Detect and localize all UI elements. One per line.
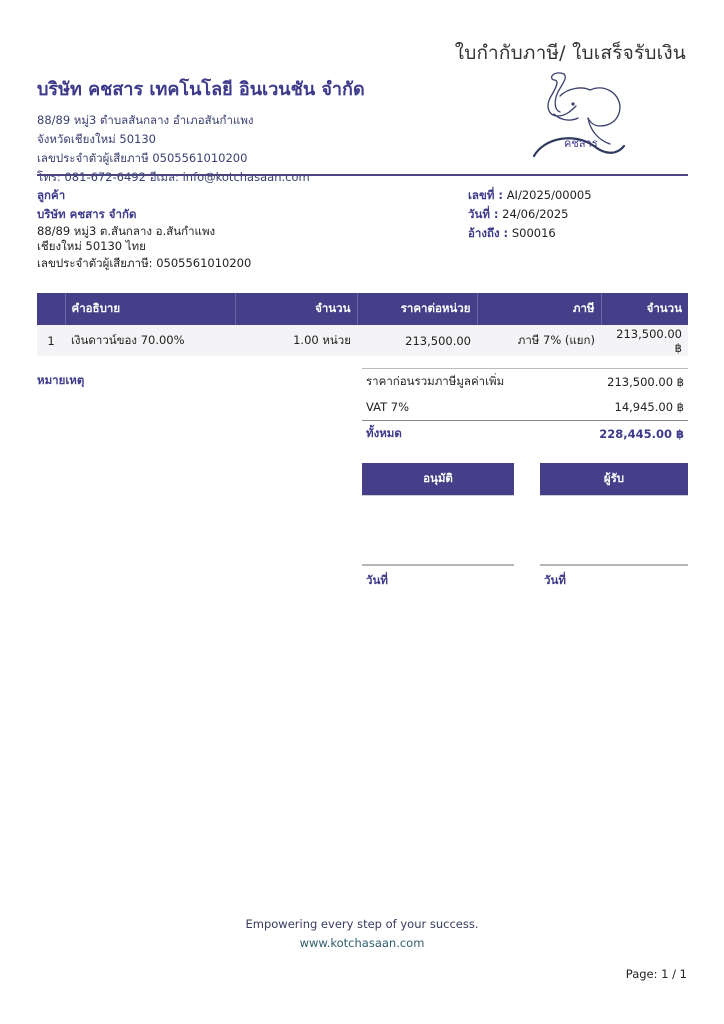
row-unit-price: 213,500.00 xyxy=(357,325,477,356)
row-tax: ภาษี 7% (แยก) xyxy=(477,325,601,356)
approval-signature-area xyxy=(362,495,514,564)
row-description: เงินดาวน์ของ 70.00% xyxy=(65,325,235,356)
company-name: บริษัท คชสาร เทคโนโลยี อินเวนชัน จำกัด xyxy=(37,74,497,103)
company-info: บริษัท คชสาร เทคโนโลยี อินเวนชัน จำกัด 8… xyxy=(37,74,497,187)
grand-total-value: 228,445.00 ฿ xyxy=(599,427,684,441)
header-unit-price: ราคาต่อหน่วย xyxy=(357,293,477,325)
grand-total-row: ทั้งหมด 228,445.00 ฿ xyxy=(362,420,688,446)
row-quantity: 1.00 หน่วย xyxy=(235,325,357,356)
company-tax-id: เลขประจำตัวผู้เสียภาษี 0505561010200 xyxy=(37,149,497,168)
header-amount: จำนวน xyxy=(601,293,688,325)
invoice-reference: อ้างถึง : S00016 xyxy=(468,224,592,243)
footer-tagline: Empowering every step of your success. xyxy=(0,917,724,931)
line-items-table: คำอธิบาย จำนวน ราคาต่อหน่วย ภาษี จำนวน 1… xyxy=(37,293,688,356)
receiver-header: ผู้รับ xyxy=(540,463,688,495)
invoice-number-label: เลขที่ : xyxy=(468,188,503,202)
header-quantity: จำนวน xyxy=(235,293,357,325)
customer-info: ลูกค้า บริษัท คชสาร จำกัด 88/89 หมู่3 ต.… xyxy=(37,186,251,271)
page-number: Page: 1 / 1 xyxy=(626,967,687,981)
customer-name: บริษัท คชสาร จำกัด xyxy=(37,205,251,224)
row-index: 1 xyxy=(37,325,65,356)
invoice-date-value: 24/06/2025 xyxy=(502,207,568,221)
table-row: 1 เงินดาวน์ของ 70.00% 1.00 หน่วย 213,500… xyxy=(37,325,688,356)
vat-row: VAT 7% 14,945.00 ฿ xyxy=(362,394,688,420)
invoice-number: เลขที่ : AI/2025/00005 xyxy=(468,186,592,205)
vat-label: VAT 7% xyxy=(366,400,409,414)
invoice-date: วันที่ : 24/06/2025 xyxy=(468,205,592,224)
invoice-reference-value: S00016 xyxy=(512,226,556,240)
subtotal-row: ราคาก่อนรวมภาษีมูลค่าเพิ่ม 213,500.00 ฿ xyxy=(362,368,688,394)
company-contact: โทร: 081-672-6492 อีเมล: info@kotchasaan… xyxy=(37,168,497,187)
receiver-date-label: วันที่ xyxy=(540,564,688,590)
approval-date-label: วันที่ xyxy=(362,564,514,590)
table-header-row: คำอธิบาย จำนวน ราคาต่อหน่วย ภาษี จำนวน xyxy=(37,293,688,325)
header-tax: ภาษี xyxy=(477,293,601,325)
receiver-signature-area xyxy=(540,495,688,564)
company-address-line2: จังหวัดเชียงใหม่ 50130 xyxy=(37,130,497,149)
invoice-reference-label: อ้างถึง : xyxy=(468,226,508,240)
invoice-date-label: วันที่ : xyxy=(468,207,499,221)
header-divider xyxy=(37,174,688,176)
approval-header: อนุมัติ xyxy=(362,463,514,495)
logo-text: คชสาร xyxy=(564,137,598,150)
notes-label: หมายเหตุ xyxy=(37,372,84,390)
row-amount: 213,500.00 ฿ xyxy=(601,325,688,356)
invoice-meta: เลขที่ : AI/2025/00005 วันที่ : 24/06/20… xyxy=(468,186,592,243)
company-address-line1: 88/89 หมู่3 ตำบลสันกลาง อำเภอสันกำแพง xyxy=(37,111,497,130)
receiver-signature-block: ผู้รับ วันที่ xyxy=(540,463,688,590)
invoice-number-value: AI/2025/00005 xyxy=(507,188,592,202)
customer-tax-id: เลขประจำตัวผู้เสียภาษี: 0505561010200 xyxy=(37,256,251,271)
totals-summary: ราคาก่อนรวมภาษีมูลค่าเพิ่ม 213,500.00 ฿ … xyxy=(362,368,688,446)
subtotal-value: 213,500.00 ฿ xyxy=(607,375,684,389)
elephant-logo-icon: คชสาร xyxy=(524,66,634,162)
header-description: คำอธิบาย xyxy=(65,293,235,325)
grand-total-label: ทั้งหมด xyxy=(366,425,402,443)
vat-value: 14,945.00 ฿ xyxy=(615,400,685,414)
customer-address-line1: 88/89 หมู่3 ต.สันกลาง อ.สันกำแพง xyxy=(37,224,251,239)
customer-label: ลูกค้า xyxy=(37,186,251,205)
header-index xyxy=(37,293,65,325)
approval-signature-block: อนุมัติ วันที่ xyxy=(362,463,514,590)
document-title: ใบกำกับภาษี/ ใบเสร็จรับเงิน xyxy=(455,38,686,68)
footer-website-link[interactable]: www.kotchasaan.com xyxy=(0,936,724,950)
subtotal-label: ราคาก่อนรวมภาษีมูลค่าเพิ่ม xyxy=(366,373,504,391)
customer-address-line2: เชียงใหม่ 50130 ไทย xyxy=(37,239,251,254)
